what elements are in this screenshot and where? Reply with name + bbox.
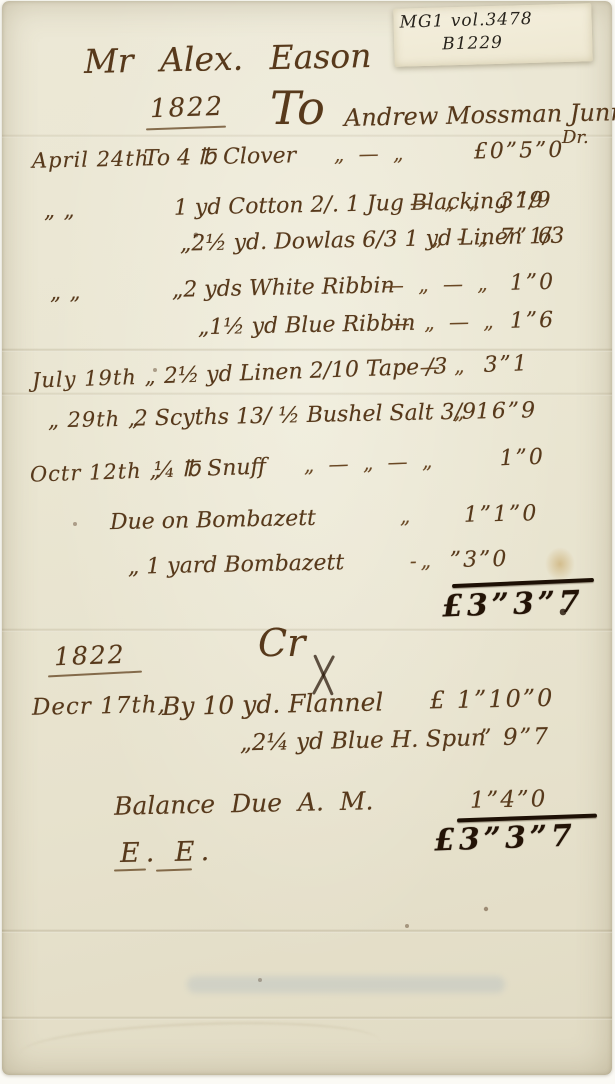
statement-year: 1822 <box>149 92 224 125</box>
entry-leader: „ <box>400 504 415 528</box>
entry-description: „1½ yd Blue Ribbin <box>198 311 416 341</box>
entry-leader: — „ — „ <box>390 309 498 335</box>
entry-leader: -„ <box>410 548 436 573</box>
ledger-row: „ 29th „ 2 Scyths 13/ ½ Bushel Salt 3/9 … <box>2 397 613 446</box>
entry-leader: „ — „ <box>334 141 408 167</box>
paper-stain <box>545 547 575 581</box>
entry-leader: „ - „ <box>432 225 493 250</box>
entry-leader: — „ — „ <box>384 271 492 297</box>
entry-amount: £ 1”10”0 <box>430 684 555 715</box>
entry-amount: 1”6 <box>510 308 556 334</box>
entry-description: To 4 ℔ Clover <box>144 143 297 171</box>
paper-crease <box>19 1017 380 1078</box>
balance-amount: 1”4”0 <box>470 786 548 814</box>
entry-description: 2 Scyths 13/ ½ Bushel Salt 3/9 <box>134 399 477 431</box>
entry-leader: — „ „ <box>410 189 484 215</box>
entry-date: Decr 17th, <box>32 692 166 721</box>
year-underline <box>146 126 226 131</box>
ee-underline <box>156 868 192 871</box>
contra-abbrev: Cr <box>258 621 305 665</box>
fold-line <box>2 929 612 933</box>
ledger-row: Due on Bombazett „ 1”1”0 <box>2 500 613 549</box>
scanned-ledger-page: MG1 vol.3478 B1229 Mr Alex. Eason 1822 T… <box>0 0 615 1084</box>
ledger-row: April 24th To 4 ℔ Clover „ — „ £0”5”0 <box>2 137 613 186</box>
entry-description: „ 1 yard Bombazett <box>128 550 345 580</box>
entry-date: Octr 12th „ <box>30 458 162 487</box>
errors-excepted: E. E. <box>120 836 216 869</box>
fold-line <box>2 1016 612 1020</box>
to-word: To <box>270 81 325 135</box>
ink-showthrough <box>187 976 505 993</box>
entry-amount: ”3”0 <box>450 547 509 573</box>
entry-amount: 3”9 <box>500 188 546 214</box>
ledger-row: July 19th „ 2½ yd Linen 2/10 Tape /3 — „… <box>2 348 613 405</box>
debit-total: £3”3”7 <box>441 585 584 625</box>
ee-underline <box>114 868 146 871</box>
paper-sheet: MG1 vol.3478 B1229 Mr Alex. Eason 1822 T… <box>2 1 612 1075</box>
entry-date: „ „ <box>44 198 76 223</box>
entry-date: July 19th „ <box>32 364 157 392</box>
entry-leader: „ <box>454 400 469 424</box>
entry-amount: 16”9 <box>476 398 538 424</box>
entry-description: By 10 yd. Flannel <box>162 687 384 721</box>
entry-description: Due on Bombazett <box>110 506 316 535</box>
entry-amount: 1”0 <box>499 445 545 472</box>
credit-year: 1822 <box>54 640 127 671</box>
entry-description: 2½ yd Linen 2/10 Tape /3 <box>163 354 448 389</box>
entry-amount: ” 9”7 <box>480 724 551 751</box>
entry-amount: 7” 6 <box>500 224 555 250</box>
ink-specks <box>2 1 4 3</box>
entry-leader: „ — „ — „ <box>303 448 436 477</box>
credit-total: £3”3”7 <box>433 819 576 859</box>
entry-description: „2¼ yd Blue H. Spun <box>240 725 486 756</box>
entry-amount: 3”1 <box>483 351 529 378</box>
credit-year-underline <box>48 671 142 678</box>
ledger-row: „2¼ yd Blue H. Spun ” 9”7 <box>2 723 613 772</box>
entry-leader: — „ <box>419 353 469 379</box>
archival-label: MG1 vol.3478 B1229 <box>393 3 593 67</box>
archival-ref-number: B1229 <box>442 29 587 56</box>
entry-date: „ „ <box>50 280 82 305</box>
entry-date: „ 29th „ <box>48 407 140 433</box>
balance-label: Balance Due A. M. <box>114 786 374 820</box>
entry-description: 1 yd Cotton 2/. 1 Jug Blacking 1/9 <box>174 188 551 221</box>
ledger-row: Octr 12th „ ¼ ℔ Snuff „ — „ — „ 1”0 <box>2 442 613 499</box>
entry-date: April 24th <box>32 146 150 172</box>
addressee-name: Mr Alex. Eason <box>84 36 372 81</box>
entry-amount: 1”0 <box>510 270 556 296</box>
entry-description: ¼ ℔ Snuff <box>153 454 266 483</box>
entry-amount: 1”1”0 <box>464 501 539 528</box>
entry-amount: £0”5”0 <box>474 138 565 165</box>
entry-description: „2 yds White Ribbin <box>172 273 395 303</box>
fold-line <box>2 628 612 632</box>
